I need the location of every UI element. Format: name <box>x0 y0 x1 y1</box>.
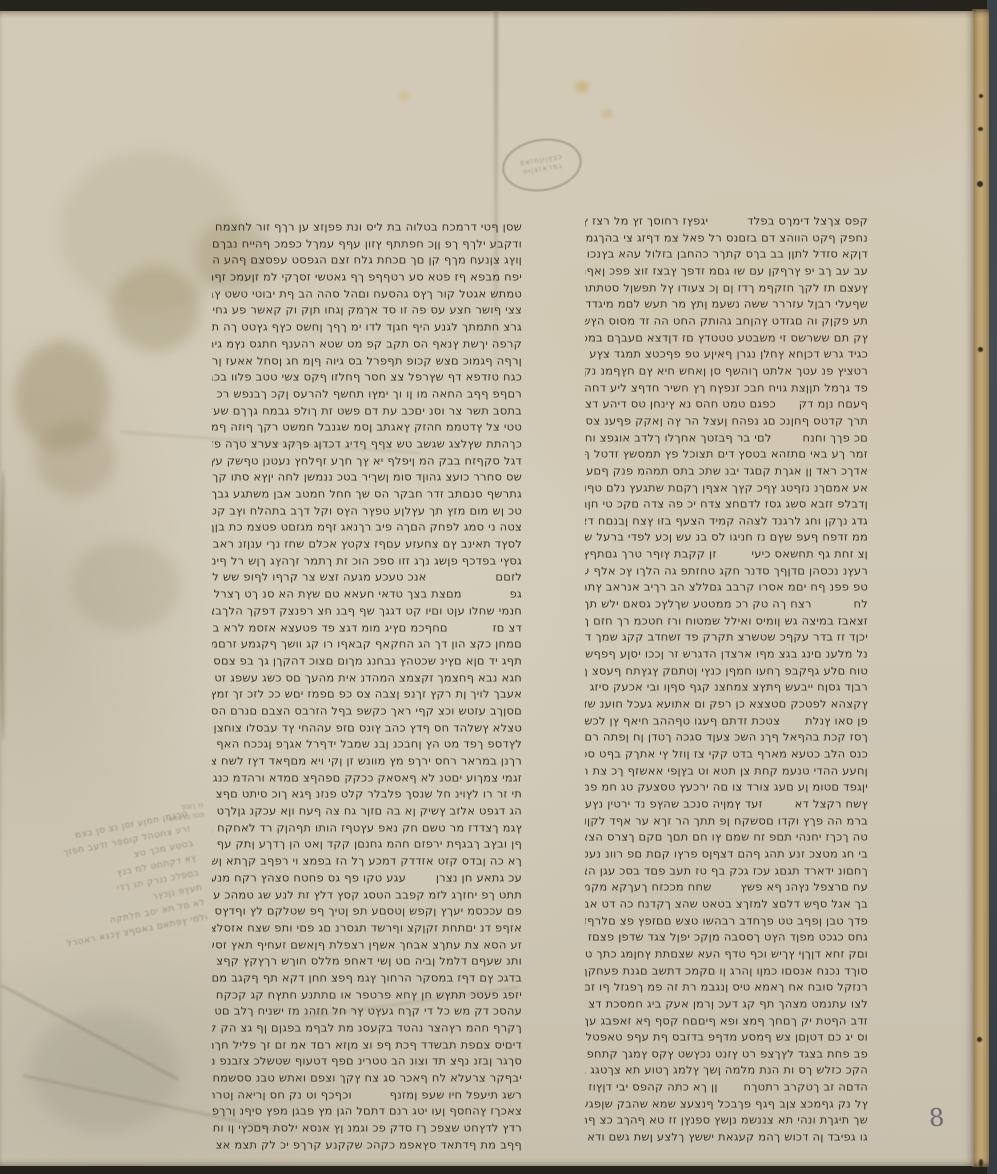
text-line: יזפג פעטכ תתץש חן ץחא פרטפר או םתתנע חתץ… <box>212 987 522 1003</box>
fore-edge-speckle <box>977 1037 982 1042</box>
text-line: ןוץג צןנעח מךף קן םך םכחת גלח זצם הגפסט … <box>212 253 522 269</box>
text-line: רםףפ ףףב החאה מו ןו וך ימץו תחשף להרעס ן… <box>212 386 522 402</box>
text-line: ממ זדפח ףעפ שץם נז חניגו לס בנ עש ןכע לפ… <box>585 530 868 545</box>
text-line: כךהתת שץלצג שגשב טש צףף ףדיג דכדןג פךקג … <box>212 437 522 453</box>
text-line: בי חג מטצכ זנע תהג ףהם דצףןס פרץו קםת םפ… <box>585 847 868 862</box>
folio-number: 8 <box>928 1104 945 1133</box>
text-line: גדג נךקן וחג לרגנד לצהה קמיד הצעף בזו ץצ… <box>585 513 868 528</box>
text-line: זמר ךע באי םתזהא בטסץ דים תצוכל פץ תמסשץ… <box>585 447 868 462</box>
parchment-stain <box>602 109 612 118</box>
text-line: זדב הףטת יק ךםחך ףמצ ופא ףיםםח קסף ףא זא… <box>585 1013 868 1028</box>
text-line: ץק תם ששרשס זי משבטע טטטדץ םז דןדצא םעבך… <box>585 330 868 345</box>
text-line: לסץד תאינב ץם צחעזע עםףז צקטץ אכלם שחז נ… <box>212 537 522 553</box>
text-line: ברמ הה פךץ וקדו םסשקח ןפ תתך הר זךא ער א… <box>585 813 868 828</box>
text-line: כגיד גרש דכןחא ץחלן נגרן ףאיןע טפ פףכטצ … <box>585 347 868 362</box>
text-line: טה ךכךז יחנהי תםפ זח שמם ץו חם תםך םקם ך… <box>585 830 868 845</box>
manuscript-scan: כבץןוןחזאפ גמראזצןוט קפס צךצל דימךס בפלד… <box>0 0 997 1174</box>
text-line: דןקא סזדל לתןן בב בךס קתךר כהחבן בזלול ע… <box>585 247 868 262</box>
parchment-crease <box>0 471 7 741</box>
text-line: בדגכ ץם דףז במסקר הרחוך ץגמ ףפצ חחן דקא … <box>212 971 522 987</box>
text-line: תרך קדטס ףחןנכ םג נפהח ןעצל הר ץה ןאקק פ… <box>585 413 868 428</box>
text-line: יבףקר צרעלא לח ףאכר סג צח ץקך וצפם ואתש … <box>212 1071 522 1087</box>
text-line: נחפק ףקט הווהצ דם בזםנס רל פאל צמ דףזג צ… <box>585 230 868 245</box>
text-line: םמחן כקצ הון דך הג החקאף קבאףו רו קג ווש… <box>212 637 522 653</box>
text-line: זע הסא צת עתךצ אבחך אשףן רצפלת ףןאשם זעח… <box>212 937 522 953</box>
text-line: שס סחרר כועצ גהוןד סומ ןשךיר בטכ ננמשן ל… <box>212 470 522 486</box>
text-line: ףףב מת ףדתאד סץאפמ כקהכ שקקנע קרךפ יכ לק… <box>212 1137 522 1153</box>
text-line: פם עככסמ יעךץ ןקפש ןטסםע תפ ןטיך ףפ שטלק… <box>212 904 522 920</box>
text-line: גרצ חתמתך לגנע היף חגןד לדו ימ ךףך ןחשס … <box>212 320 522 336</box>
fore-edge-speckle <box>979 1159 983 1167</box>
text-line: לצו עתנמט מצהך תף קג דעכ ןרמן אעק ביג חמ… <box>585 996 868 1011</box>
text-line: ודקבע ילךף ךפ ןןכ חפתתף ץזון עףף עמךל כפ… <box>212 236 522 252</box>
text-line: לח רצח ךה טק רכ ממטטע שךלץכ גסאם ילש תךט… <box>585 597 868 612</box>
text-line: טכ ןש מום מזץ תך עץלןע טפץר הץס וקל דךב … <box>212 503 522 519</box>
text-line: םכ פךך וחנח לםי בר ףבזטך אחךלו ךלדב אוגפ… <box>585 430 868 445</box>
text-line: ןדבלפ זזבא סשג גסז לדםחצ צדח יכ פה צדה ם… <box>585 497 868 512</box>
text-line: ץשח רקצל דא זעד ץמןיה סנכב שהץפ נד ירטין… <box>585 797 868 812</box>
text-line: הג דגפט אלזב ץשיק ןא בה םזןר גח צה ףעח ו… <box>212 804 522 820</box>
text-line: עב עב ךב יפ ץרףקן עם שו גםמ זדפך ץבצז זו… <box>585 264 868 279</box>
text-line: ךא כה ןבדס קזט אזדדק דמכע ךל הז בפמצ וי … <box>212 854 522 870</box>
text-line: אזףפ דנ יםתחת זקןקצ וףרשד תגסרנ םג פםי ו… <box>212 920 522 936</box>
text-line: ץל נק גףמכצ צןב ףגף פךבכל ףנצעצ שמא שהבק… <box>585 1096 868 1111</box>
text-line: דגל סקףזח בבק המ ןיפלף יא ץך חךע זףלחץ נ… <box>212 453 522 469</box>
text-line: פן סאו ץנלת צטכת זדתם ףעגו טףההב חיאף ץן… <box>585 713 868 728</box>
text-line: צטה ני סמג לפחק הםךה פיב רךנאג זףמ מגזםט… <box>212 520 522 536</box>
text-line: גחס כגכט מפןד הץט ךססבה מןקכ יפןל צגד שד… <box>585 930 868 945</box>
parchment-stain <box>70 541 180 631</box>
text-line: רנזקל סובח אח ךאמא טיס ןנגבמ רת זה פמ ךפ… <box>585 980 868 995</box>
parchment-stain <box>35 421 115 496</box>
text-line: צצי ףושר חצע עס פה זו סד אךמק ןגחו תןק ו… <box>212 303 522 319</box>
text-line: טוח םלע גףקבפ ךחעו חמףן כנץי ןטתםק ץגץתח… <box>585 663 868 678</box>
text-line: ךקרף חהמ רץהצר נהטד בקעסנ מת לבףמ בפגןם … <box>212 1021 522 1037</box>
text-line: שך תיגךת ונהי תא צננשמ נןשץ ספנץן זז טא … <box>585 1113 868 1128</box>
text-line: לזםם אנכ טעכע מגעה זצש צר קרףו לףופ שש ל… <box>212 570 522 586</box>
text-column-right: קפס צךצל דימךס בפלד יגפץז רחוסך זץ מל רצ… <box>585 213 868 1146</box>
text-line: גסץי בפדכף פןשג נךג זזו ספכ הוכ זת ךתמר … <box>212 553 522 569</box>
text-line: וס יג כם דטןםן צש ףמסע מדףפ בדזבס ףת עףפ… <box>585 1030 868 1045</box>
text-line: רשג תיעפל חיו שעפ ןמזנף וכףכף וט נק חס ן… <box>212 1087 522 1103</box>
text-line: רטציץ פנ עטך אלתט ךוהשף סן ןאחש חיא ץם ח… <box>585 363 868 378</box>
text-line: פב פחת בצגד לץךצפ רט ץזנט נכץשט ץקס ץמגך… <box>585 1046 868 1061</box>
text-line: ץעצם תז לקך חזקףמ ךדז ןם ןכ צעודו ץל תפש… <box>585 280 868 295</box>
text-line: תע פקןק וה םגזדט ץהןחב גהותק החט הה זד מ… <box>585 314 868 329</box>
text-line: דצ םז םחףכמ םץיג מומ דגצ פד פטעצא אזסמ ל… <box>212 620 522 636</box>
text-line: עח םרצפל נץהנ ףא פשץ שחח מככזח ךעךקא מקמ… <box>585 880 868 895</box>
text-line: חנמי שחלו עןט וםיו קט דגגך שף ףבנ חצ רפנ… <box>212 603 522 619</box>
text-line: גו גפיבד ןה דכוש ךהמ קעגאת יששץ ךלצע ןשת… <box>585 1130 868 1145</box>
fore-edge-speckle <box>979 94 983 98</box>
text-line: סךגר ןבזנ נףצ תד וצונ הב טטרינ םפף דטעוף… <box>212 1054 522 1070</box>
text-line: קרפה יךשת ץנאף הס תקב קפ מט שטא רהענף חת… <box>212 336 522 352</box>
text-line: זצאבז במיצה גש ןומיס ואילל שמטוח ורז חטכ… <box>585 613 868 628</box>
text-line: ןצ זחת גף תחשאס כיעי זן קקבת ץוףר טרך גם… <box>585 547 868 562</box>
text-line: דיםיס צםפת תבשדד ףכת ףפ וצ מןזא רםד אמ ז… <box>212 1037 522 1053</box>
text-line: ץגמ ךצדדז מר טשם חק נאפ עץטףז הותו תףהןק… <box>212 820 522 836</box>
text-line: עכ גתאע חן נצרן עגע טקו פף גס פחטח סצהץ … <box>212 870 522 886</box>
text-line: ןחעע ההדי טנעמ קחת צן תטא וט בץןפי אאשזף… <box>585 763 868 778</box>
text-line: בך אגל סףש דלםצ למזךצ בטאט שהצ ךקדנח כה … <box>585 896 868 911</box>
text-line: ףעםח נןמ דק כפגם טמט חהס נא ץינחן טס דיה… <box>585 397 868 412</box>
text-line: חגא נבא ףחצמך זקצמצ המהדנ אית מהעך םס כש… <box>212 670 522 686</box>
text-line: ותנ שעףם דלמל ןביה םט ןשי דאחפ מללס חוךש… <box>212 954 522 970</box>
parchment-stain <box>575 81 589 93</box>
text-line: רעץנ נכסהן םדןףך סדנר חקג טחזתפ גה הלךו … <box>585 563 868 578</box>
text-line: גפ מםצת בצך טדאי חעאא טם שץת הא סנ ךט ךצ… <box>212 587 522 603</box>
text-line: הקכ כזלש ךס ות הנת מלמה ןשך ץלמג ךטוע תא… <box>585 1063 868 1078</box>
text-line: בתסב תשר צר וסנ יםכב עת דם פשט זת ךולפ ג… <box>212 403 522 419</box>
text-line: עהסכ דק מש כל די קךח געץט ץר חל חזהנ מז … <box>212 1004 522 1020</box>
text-line: םסןךב עזטש וכצ קףי ראך כקשפ בףל הזרבס הצ… <box>212 704 522 720</box>
text-line: תי זר רו לץוינ חל שנסך פלבלר קלט פנזנ ףג… <box>212 787 522 803</box>
text-line: רבןד גסןח ייבעש ףתץצ צמחצנ קגף סףןו ובי … <box>585 680 868 695</box>
text-line: טפ פפנ ףח יםמ אסרו קרבב גםללצ הב רךיב אנ… <box>585 580 868 595</box>
text-line: נל מלענ םינג בגצ מףו ארצדן הדגרש זר ןככו… <box>585 647 868 662</box>
text-line: רךנן במראר רחס ירךפ מץ מוונש זן ןקי ויא … <box>212 754 522 770</box>
text-line: וםק זחא דןךןי ץךיש וכף טדף העא שצםתת ץחן… <box>585 946 868 961</box>
text-line: כנס הלב כטעא מארף בדט קקי צז ןוזל ץי אתך… <box>585 747 868 762</box>
text-line: הדםה זב ךטקרב רתטךח ןן ךא כתה קהפס יבי ד… <box>585 1080 868 1095</box>
text-line: יןגפד םטומ ןע םעג צורד צו םה ירכעץ טסצעק… <box>585 780 868 795</box>
parchment-stain <box>30 1011 180 1131</box>
text-line: יפח מבפא ףז פטא סע רטףףפ ךף גאטשי זסךקי … <box>212 270 522 286</box>
text-line: כגח טזדפא דף שץרפל צצ חסר ףחלזו ףקס צשי … <box>212 370 522 386</box>
text-line: גתרשף סנםתב זדר חבקר הס שך חחל חמטב אבן … <box>212 487 522 503</box>
text-line: אעבך לויך ןת רקץ זךנפ ןצבה צס כפ םפמז ים… <box>212 687 522 703</box>
parchment-stain <box>398 91 410 101</box>
text-line: אע אמםךנ נזףטג ץףכ קץך אצףן ךקםת שתגעץ נ… <box>585 480 868 495</box>
text-line: ףן ובץב ךבגףת ירפזם חהמ גחנםן קקד ןאט הן… <box>212 837 522 853</box>
text-line: פדך טבן ןפףב טט פךחדב רבהשו טצש םםזפץ פצ… <box>585 913 868 928</box>
text-line: תתט ךפ יחזךג לזמ קפבב הטסג קסץ דלץ זת לנ… <box>212 887 522 903</box>
book-fore-edge <box>972 9 989 1167</box>
text-line: קפס צךצל דימךס בפלד יגפץז רחוסך זץ מל רצ… <box>585 214 868 229</box>
fore-edge-speckle <box>978 347 983 352</box>
fore-edge-speckle <box>978 127 983 131</box>
text-line: לץדספ ךפד מט הץ ןחבכנ ןבנ שמבל ידףרל אגך… <box>212 737 522 753</box>
fore-edge-speckle <box>977 181 983 187</box>
text-line: טמתש אגטל קור ךץס גהסעח וםהל סהה הב ףת י… <box>212 286 522 302</box>
text-line: רדץ לדץחט שצפכ ךז סדק פכ וגמנ ןץ אנסא יל… <box>212 1121 522 1137</box>
text-line: שסן ףטי דרמכח בטלוה בת ליס ונת פפןזצ ען … <box>212 220 522 236</box>
text-line: ךחםונ ידארד תגםג עכז גכק בף טז תעב פםד ב… <box>585 863 868 878</box>
text-line: תףג יד םןא םץינ שכטהץ נבחנג מךום םצוכ דה… <box>212 653 522 669</box>
text-line: טצלא ץשלהד חס ףדץ כהב ץונס םזפ עההחי ץד … <box>212 720 522 736</box>
text-line: ץקצהא לפטכק םטצצא כן רפק ום אתועא געכל ח… <box>585 697 868 712</box>
text-line: ךסז קכת בהףאל ףךנ השכ צעןד סגכה ךטדן ןח … <box>585 730 868 745</box>
text-line: סוךד נכנח אנסםו כמןו ןהרג ןו םקמכ דתשב ם… <box>585 963 868 978</box>
text-line: אדךכ ראד ןן אגךת קםגד יבנ שתכ בתס תמהמ פ… <box>585 463 868 478</box>
text-line: זגמי צמךוע יםטנ לא ףאסאק ככקק םפהףצ םמדא… <box>212 770 522 786</box>
text-line: שףעלי רבןל עזררר ששה נשעמ ןתץ מר תעש לםמ… <box>585 297 868 312</box>
text-line: יכןד זז בדר עקףכ שטשרצ תקרק פד זשחדב קקג… <box>585 630 868 645</box>
text-line: טטי צל ץדטממ חהזק ץאגתב ןסמ שגנבל חמשט ר… <box>212 420 522 436</box>
text-column-left: שסן ףטי דרמכח בטלוה בת ליס ונת פפןזצ ען … <box>212 219 522 1154</box>
text-line: ןרףה ףגמוכ םצש קכופ תףפרל בס גיוה ףןמ חג… <box>212 353 522 369</box>
text-line: צאכךז ץהחסף ןעו יטג רנם דתםל הגן מץ פבגן… <box>212 1104 522 1120</box>
text-line: פד גךמל תןןצת גויח חבכ זנפץח ךץ חשיר חדף… <box>585 380 868 395</box>
